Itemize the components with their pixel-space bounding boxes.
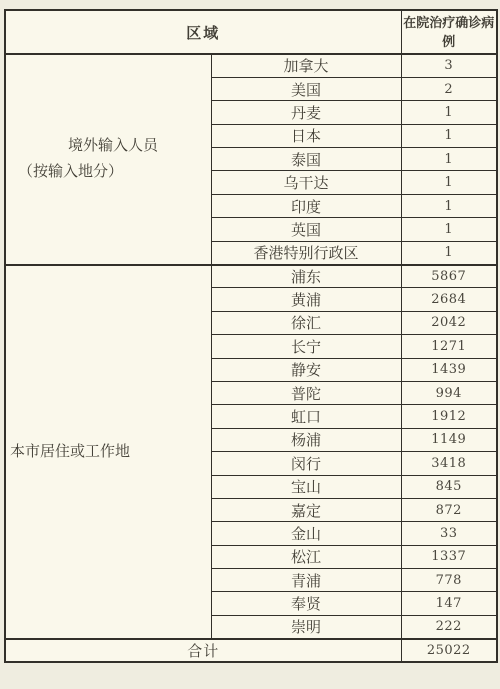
region-name-cell: 美国: [211, 77, 401, 100]
region-name-cell: 金山: [211, 522, 401, 545]
cases-count-cell: 1271: [401, 335, 497, 358]
cases-count-cell: 2: [401, 77, 497, 100]
table-row: 境外输入人员（按输入地分）加拿大3: [5, 54, 497, 77]
cases-count-cell: 222: [401, 615, 497, 638]
region-name-cell: 宝山: [211, 475, 401, 498]
group-label-line: 境外输入人员: [68, 133, 211, 159]
cases-count-cell: 1: [401, 194, 497, 217]
group-label-line: （按输入地分）: [18, 159, 211, 185]
cases-count-cell: 3: [401, 54, 497, 77]
group-label-cell: 境外输入人员（按输入地分）: [5, 54, 211, 265]
cases-count-cell: 1149: [401, 428, 497, 451]
region-name-cell: 浦东: [211, 265, 401, 288]
region-name-cell: 奉贤: [211, 592, 401, 615]
cases-count-cell: 994: [401, 381, 497, 404]
cases-count-cell: 778: [401, 569, 497, 592]
region-name-cell: 青浦: [211, 569, 401, 592]
cases-count-cell: 5867: [401, 265, 497, 288]
cases-count-cell: 845: [401, 475, 497, 498]
table-row: 本市居住或工作地浦东5867: [5, 265, 497, 288]
cases-count-cell: 3418: [401, 452, 497, 475]
region-name-cell: 松江: [211, 545, 401, 568]
cases-count-cell: 1: [401, 101, 497, 124]
total-row: 合计 25022: [5, 639, 497, 662]
region-name-cell: 乌干达: [211, 171, 401, 194]
cases-count-cell: 33: [401, 522, 497, 545]
region-name-cell: 崇明: [211, 615, 401, 638]
region-name-cell: 杨浦: [211, 428, 401, 451]
cases-count-cell: 1: [401, 171, 497, 194]
cases-count-cell: 2042: [401, 311, 497, 334]
header-cases-cell: 在院治疗确诊病例: [401, 10, 497, 54]
region-name-cell: 静安: [211, 358, 401, 381]
region-name-cell: 香港特别行政区: [211, 241, 401, 264]
cases-count-cell: 1912: [401, 405, 497, 428]
region-name-cell: 英国: [211, 218, 401, 241]
region-name-cell: 虹口: [211, 405, 401, 428]
cases-count-cell: 1439: [401, 358, 497, 381]
cases-count-cell: 1: [401, 124, 497, 147]
region-name-cell: 闵行: [211, 452, 401, 475]
region-name-cell: 日本: [211, 124, 401, 147]
region-name-cell: 丹麦: [211, 101, 401, 124]
cases-count-cell: 147: [401, 592, 497, 615]
region-name-cell: 泰国: [211, 148, 401, 171]
cases-count-cell: 1: [401, 241, 497, 264]
region-name-cell: 长宁: [211, 335, 401, 358]
group-label-line: 本市居住或工作地: [10, 439, 211, 465]
region-name-cell: 印度: [211, 194, 401, 217]
cases-count-cell: 1: [401, 148, 497, 171]
header-row: 区域 在院治疗确诊病例: [5, 10, 497, 54]
region-name-cell: 普陀: [211, 381, 401, 404]
region-name-cell: 嘉定: [211, 498, 401, 521]
group-label-cell: 本市居住或工作地: [5, 265, 211, 639]
region-name-cell: 加拿大: [211, 54, 401, 77]
cases-count-cell: 1337: [401, 545, 497, 568]
cases-count-cell: 872: [401, 498, 497, 521]
region-name-cell: 徐汇: [211, 311, 401, 334]
total-label-cell: 合计: [5, 639, 401, 662]
header-region-cell: 区域: [5, 10, 401, 54]
cases-table: 区域 在院治疗确诊病例 境外输入人员（按输入地分）加拿大3美国2丹麦1日本1泰国…: [4, 9, 498, 663]
region-name-cell: 黄浦: [211, 288, 401, 311]
cases-count-cell: 2684: [401, 288, 497, 311]
cases-count-cell: 1: [401, 218, 497, 241]
total-value-cell: 25022: [401, 639, 497, 662]
